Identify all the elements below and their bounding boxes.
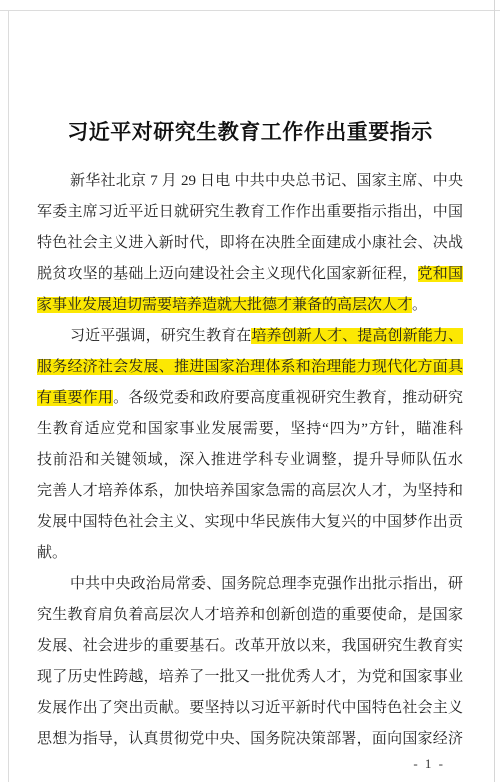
page-title: 习近平对研究生教育工作作出重要指示	[37, 116, 463, 146]
highlighted-text: 服务经济社会发展、推进国家治理体系和治理能力现代化方面具	[37, 359, 463, 375]
text-segment: 军委主席习近平近日就研究生教育工作作出重要指示指出，中国	[37, 204, 463, 220]
text-segment: 思想为指导，认真贯彻党中央、国务院决策部署，面向国家经济	[37, 731, 463, 747]
page-edge-top	[0, 10, 500, 11]
highlighted-text: 有重要作用	[37, 390, 113, 406]
text-segment: 发展作出了突出贡献。要坚持以习近平新时代中国特色社会主义	[37, 700, 463, 716]
text-line: 发展作出了突出贡献。要坚持以习近平新时代中国特色社会主义	[37, 693, 463, 724]
document-body: 新华社北京 7 月 29 日电 中共中央总书记、国家主席、中央军委主席习近平近日…	[37, 166, 463, 755]
text-line: 思想为指导，认真贯彻党中央、国务院决策部署，面向国家经济	[37, 724, 463, 755]
text-line: 生教育适应党和国家事业发展需要，坚持“四为”方针，瞄准科	[37, 414, 463, 445]
highlighted-text: 党和国	[418, 266, 463, 282]
page-number: - 1 -	[413, 756, 445, 772]
text-line: 发展、社会进步的重要基石。改革开放以来，我国研究生教育实	[37, 631, 463, 662]
text-segment: 完善人才培养体系，加快培养国家急需的高层次人才，为坚持和	[37, 483, 463, 499]
text-segment: 。各级党委和政府要高度重视研究生教育，推动研究	[113, 390, 463, 406]
text-line: 发展中国特色社会主义、实现中华民族伟大复兴的中国梦作出贡	[37, 507, 463, 538]
text-line: 军委主席习近平近日就研究生教育工作作出重要指示指出，中国	[37, 197, 463, 228]
text-line: 新华社北京 7 月 29 日电 中共中央总书记、国家主席、中央	[37, 166, 463, 197]
page-edge-left	[8, 10, 9, 782]
text-line: 家事业发展迫切需要培养造就大批德才兼备的高层次人才。	[37, 290, 463, 321]
text-line: 究生教育肩负着高层次人才培养和创新创造的重要使命，是国家	[37, 600, 463, 631]
text-line: 技前沿和关键领域，深入推进学科专业调整，提升导师队伍水平，	[37, 445, 463, 476]
text-segment: 脱贫攻坚的基础上迈向建设社会主义现代化国家新征程，	[37, 266, 418, 282]
text-line: 完善人才培养体系，加快培养国家急需的高层次人才，为坚持和	[37, 476, 463, 507]
text-segment: 究生教育肩负着高层次人才培养和创新创造的重要使命，是国家	[37, 607, 463, 623]
text-segment: 中共中央政治局常委、国务院总理李克强作出批示指出，研	[70, 576, 463, 592]
text-segment: 。	[412, 297, 427, 313]
text-segment: 特色社会主义进入新时代，即将在决胜全面建成小康社会、决战	[37, 235, 463, 251]
text-line: 现了历史性跨越，培养了一批又一批优秀人才，为党和国家事业	[37, 662, 463, 693]
highlighted-text: 培养创新人才、提高创新能力、	[251, 328, 463, 344]
text-segment: 新华社北京 7 月 29 日电 中共中央总书记、国家主席、中央	[70, 173, 463, 189]
text-line: 有重要作用。各级党委和政府要高度重视研究生教育，推动研究	[37, 383, 463, 414]
text-line: 特色社会主义进入新时代，即将在决胜全面建成小康社会、决战	[37, 228, 463, 259]
text-segment: 现了历史性跨越，培养了一批又一批优秀人才，为党和国家事业	[37, 669, 463, 685]
text-line: 服务经济社会发展、推进国家治理体系和治理能力现代化方面具	[37, 352, 463, 383]
text-line: 中共中央政治局常委、国务院总理李克强作出批示指出，研	[37, 569, 463, 600]
document-page: { "page": { "title": "习近平对研究生教育工作作出重要指示"…	[0, 0, 500, 782]
text-segment: 生教育适应党和国家事业发展需要，坚持“四为”方针，瞄准科	[37, 421, 463, 437]
text-segment: 习近平强调，研究生教育在	[70, 328, 251, 344]
text-line: 习近平强调，研究生教育在培养创新人才、提高创新能力、	[37, 321, 463, 352]
text-segment: 发展中国特色社会主义、实现中华民族伟大复兴的中国梦作出贡	[37, 514, 463, 530]
text-line: 献。	[37, 538, 463, 569]
text-segment: 技前沿和关键领域，深入推进学科专业调整，提升导师队伍水平，	[37, 452, 463, 476]
text-segment: 发展、社会进步的重要基石。改革开放以来，我国研究生教育实	[37, 638, 463, 654]
page-edge-right	[494, 0, 495, 782]
text-line: 脱贫攻坚的基础上迈向建设社会主义现代化国家新征程，党和国	[37, 259, 463, 290]
text-segment: 献。	[37, 545, 67, 561]
highlighted-text: 家事业发展迫切需要培养造就大批德才兼备的高层次人才	[37, 297, 412, 313]
